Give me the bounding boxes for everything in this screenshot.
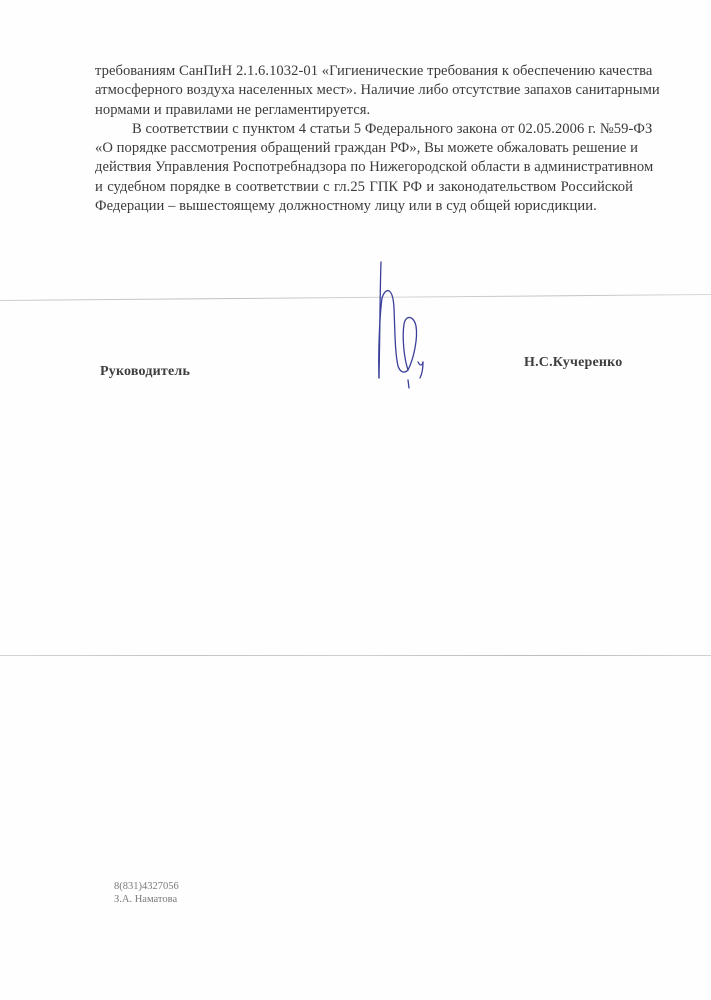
body-line-paragraph-start: В соответствии с пунктом 4 статьи 5 Феде… [95, 120, 633, 139]
letter-body: требованиям СанПиН 2.1.6.1032-01 «Гигиен… [95, 62, 633, 216]
executor-name: З.А. Наматова [114, 893, 179, 906]
handwritten-signature-icon [368, 258, 438, 393]
executor-phone: 8(831)4327056 [114, 880, 179, 893]
signer-position-title: Руководитель [100, 364, 190, 380]
body-line: действия Управления Роспотребнадзора по … [95, 158, 633, 177]
body-line: нормами и правилами не регламентируется. [95, 101, 633, 120]
executor-footer: 8(831)4327056 З.А. Наматова [114, 880, 179, 906]
body-line: и судебном порядке в соответствии с гл.2… [95, 178, 633, 197]
body-line: «О порядке рассмотрения обращений гражда… [95, 139, 633, 158]
paper-fold-line-top [0, 294, 711, 301]
document-page: требованиям СанПиН 2.1.6.1032-01 «Гигиен… [0, 0, 711, 1000]
body-line: Федерации – вышестоящему должностному ли… [95, 197, 633, 216]
body-line: атмосферного воздуха населенных мест». Н… [95, 81, 633, 100]
body-line: требованиям СанПиН 2.1.6.1032-01 «Гигиен… [95, 62, 633, 81]
signer-name: Н.С.Кучеренко [524, 355, 622, 371]
paper-fold-line-bottom [0, 655, 711, 656]
